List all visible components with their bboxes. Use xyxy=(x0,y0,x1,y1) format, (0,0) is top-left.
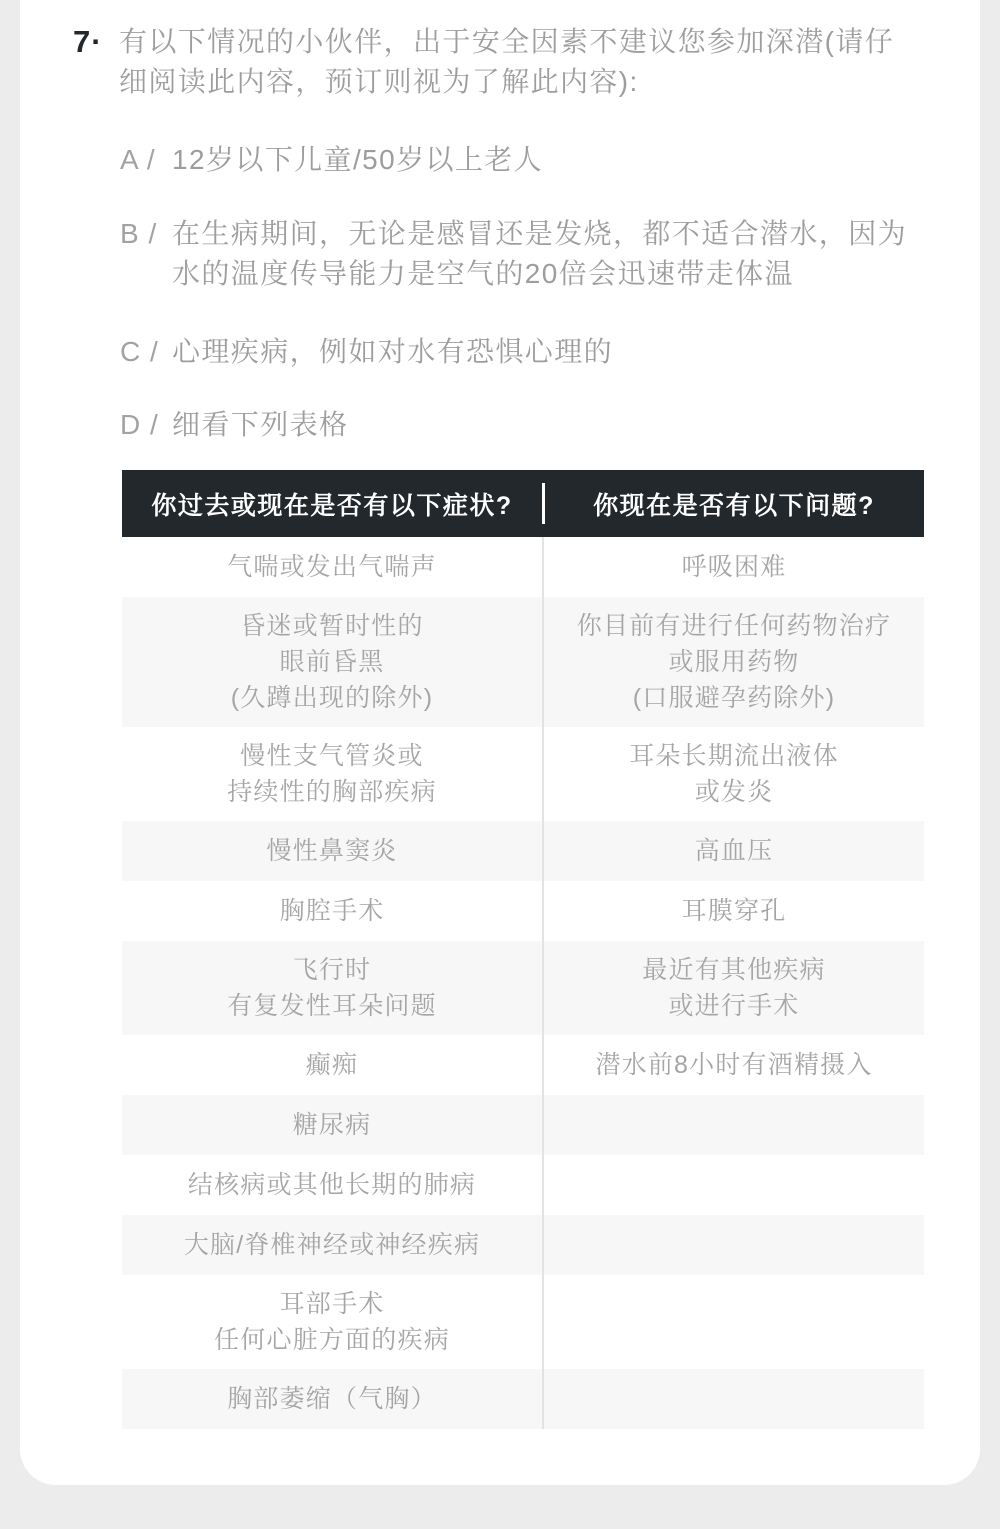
symptom-cell-left: 飞行时有复发性耳朵问题 xyxy=(122,941,542,1035)
cell-line: 癫痴 xyxy=(306,1047,358,1083)
table-row: 飞行时有复发性耳朵问题最近有其他疾病或进行手术 xyxy=(122,941,924,1035)
cell-line: 呼吸困难 xyxy=(682,549,787,585)
cell-line: 持续性的胸部疾病 xyxy=(227,774,437,810)
list-item-text: 心理疾病，例如对水有恐惧心理的 xyxy=(172,332,907,372)
symptom-cell-left: 慢性鼻窦炎 xyxy=(122,821,542,881)
list-item: D /细看下列表格 xyxy=(120,405,980,445)
cell-line: 耳朵长期流出液体 xyxy=(629,738,839,774)
cell-line: 或发炎 xyxy=(695,774,774,810)
table-row: 慢性支气管炎或持续性的胸部疾病耳朵长期流出液体或发炎 xyxy=(122,727,924,821)
cell-line: 结核病或其他长期的肺病 xyxy=(188,1167,476,1203)
table-header: 你过去或现在是否有以下症状? 你现在是否有以下问题? xyxy=(122,470,924,537)
cell-line: 高血压 xyxy=(695,833,774,869)
table-row: 癫痴潜水前8小时有酒精摄入 xyxy=(122,1035,924,1095)
symptom-cell-left: 耳部手术任何心脏方面的疾病 xyxy=(122,1275,542,1369)
cell-line: 慢性支气管炎或 xyxy=(240,738,423,774)
symptom-cell-right: 耳朵长期流出液体或发炎 xyxy=(544,727,924,821)
cell-line: 耳部手术 xyxy=(280,1286,385,1322)
symptom-cell-left: 胸部萎缩（气胸） xyxy=(122,1369,542,1429)
section-number: 7· xyxy=(73,22,119,102)
table-row: 结核病或其他长期的肺病 xyxy=(122,1155,924,1215)
cell-line: 任何心脏方面的疾病 xyxy=(214,1322,450,1358)
section-intro-text: 有以下情况的小伙伴，出于安全因素不建议您参加深潜(请仔细阅读此内容，预订则视为了… xyxy=(119,22,911,102)
cell-line: 慢性鼻窦炎 xyxy=(266,833,397,869)
table-row: 昏迷或暂时性的眼前昏黑(久蹲出现的除外)你目前有进行任何药物治疗或服用药物(口服… xyxy=(122,597,924,727)
cell-line: 潜水前8小时有酒精摄入 xyxy=(595,1047,872,1083)
cell-line: 大脑/脊椎神经或神经疾病 xyxy=(184,1227,480,1263)
table-row: 气喘或发出气喘声呼吸困难 xyxy=(122,537,924,597)
symptom-cell-right xyxy=(544,1095,924,1155)
table-row: 胸部萎缩（气胸） xyxy=(122,1369,924,1429)
health-questionnaire-table: 你过去或现在是否有以下症状? 你现在是否有以下问题? 气喘或发出气喘声呼吸困难昏… xyxy=(122,470,924,1429)
symptom-cell-left: 大脑/脊椎神经或神经疾病 xyxy=(122,1215,542,1275)
list-item-text: 12岁以下儿童/50岁以上老人 xyxy=(172,140,907,180)
cell-line: (久蹲出现的除外) xyxy=(231,680,433,716)
cell-line: 眼前昏黑 xyxy=(280,644,385,680)
cell-line: 糖尿病 xyxy=(293,1107,372,1143)
symptom-cell-left: 慢性支气管炎或持续性的胸部疾病 xyxy=(122,727,542,821)
table-header-right: 你现在是否有以下问题? xyxy=(544,470,924,537)
cell-line: (口服避孕药除外) xyxy=(633,680,835,716)
table-row: 耳部手术任何心脏方面的疾病 xyxy=(122,1275,924,1369)
symptom-cell-right xyxy=(544,1215,924,1275)
symptom-cell-right xyxy=(544,1155,924,1215)
symptom-cell-right: 呼吸困难 xyxy=(544,537,924,597)
table-body: 气喘或发出气喘声呼吸困难昏迷或暂时性的眼前昏黑(久蹲出现的除外)你目前有进行任何… xyxy=(122,537,924,1429)
symptom-cell-left: 糖尿病 xyxy=(122,1095,542,1155)
symptom-cell-left: 结核病或其他长期的肺病 xyxy=(122,1155,542,1215)
table-header-left: 你过去或现在是否有以下症状? xyxy=(122,470,542,537)
table-row: 胸腔手术耳膜穿孔 xyxy=(122,881,924,941)
symptom-cell-right: 你目前有进行任何药物治疗或服用药物(口服避孕药除外) xyxy=(544,597,924,727)
symptom-cell-left: 癫痴 xyxy=(122,1035,542,1095)
symptom-cell-right: 耳膜穿孔 xyxy=(544,881,924,941)
cell-line: 最近有其他疾病 xyxy=(642,952,825,988)
list-item-label: D / xyxy=(120,405,172,445)
list-item-text: 细看下列表格 xyxy=(172,405,907,445)
cell-line: 耳膜穿孔 xyxy=(682,893,787,929)
section-intro-row: 7· 有以下情况的小伙伴，出于安全因素不建议您参加深潜(请仔细阅读此内容，预订则… xyxy=(73,22,925,102)
table-row: 糖尿病 xyxy=(122,1095,924,1155)
table-row: 大脑/脊椎神经或神经疾病 xyxy=(122,1215,924,1275)
list-item-label: B / xyxy=(120,214,172,294)
symptom-cell-left: 昏迷或暂时性的眼前昏黑(久蹲出现的除外) xyxy=(122,597,542,727)
list-item-label: A / xyxy=(120,140,172,180)
cell-line: 飞行时 xyxy=(293,952,372,988)
symptom-cell-right: 最近有其他疾病或进行手术 xyxy=(544,941,924,1035)
symptom-cell-left: 胸腔手术 xyxy=(122,881,542,941)
symptom-cell-right: 潜水前8小时有酒精摄入 xyxy=(544,1035,924,1095)
cell-line: 胸部萎缩（气胸） xyxy=(227,1381,437,1417)
content-card: 7· 有以下情况的小伙伴，出于安全因素不建议您参加深潜(请仔细阅读此内容，预订则… xyxy=(20,0,980,1485)
condition-list: A /12岁以下儿童/50岁以上老人B /在生病期间，无论是感冒还是发烧，都不适… xyxy=(120,140,980,445)
cell-line: 有复发性耳朵问题 xyxy=(227,988,437,1024)
cell-line: 胸腔手术 xyxy=(280,893,385,929)
symptom-cell-right xyxy=(544,1275,924,1369)
symptom-cell-left: 气喘或发出气喘声 xyxy=(122,537,542,597)
table-row: 慢性鼻窦炎高血压 xyxy=(122,821,924,881)
symptom-cell-right xyxy=(544,1369,924,1429)
list-item-text: 在生病期间，无论是感冒还是发烧，都不适合潜水，因为水的温度传导能力是空气的20倍… xyxy=(172,214,907,294)
cell-line: 或进行手术 xyxy=(668,988,799,1024)
cell-line: 气喘或发出气喘声 xyxy=(227,549,437,585)
list-item-label: C / xyxy=(120,332,172,372)
cell-line: 你目前有进行任何药物治疗 xyxy=(577,608,891,644)
list-item: C /心理疾病，例如对水有恐惧心理的 xyxy=(120,332,980,372)
cell-line: 或服用药物 xyxy=(668,644,799,680)
list-item: A /12岁以下儿童/50岁以上老人 xyxy=(120,140,980,180)
cell-line: 昏迷或暂时性的 xyxy=(240,608,423,644)
list-item: B /在生病期间，无论是感冒还是发烧，都不适合潜水，因为水的温度传导能力是空气的… xyxy=(120,214,980,294)
symptom-cell-right: 高血压 xyxy=(544,821,924,881)
